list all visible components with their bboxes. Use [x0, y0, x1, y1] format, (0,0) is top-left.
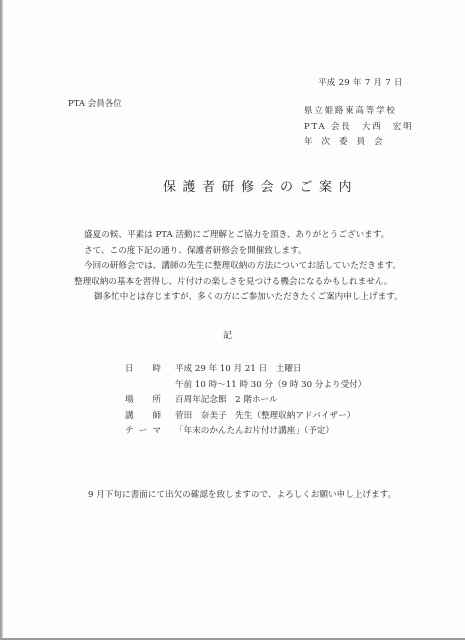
detail-value: 百周年記念館 2 階ホール: [175, 393, 278, 409]
body-paragraph: 御多忙中とは存じますが、多くの方にご参加いただきたくご案内申し上げます。: [74, 290, 403, 306]
detail-row-time: 午前 10 時～11 時 30 分（9 時 30 分より受付）: [125, 378, 366, 394]
label-char: テ: [125, 424, 134, 440]
details-list: 日 時 平成 29 年 10 月 21 日 土曜日 午前 10 時～11 時 3…: [125, 362, 366, 440]
sender-committee: 年次委員会: [304, 135, 413, 151]
detail-row-theme: テ ー マ 「年末のかんたんお片付け講座」（予定）: [125, 424, 366, 440]
body-text: 盛夏の候、平素は PTA 活動にご理解とご協力を頂き、ありがとうございます。 さ…: [74, 228, 403, 306]
body-paragraph: 今回の研修会では、講師の先生に整理収納の方法についてお話していただきます。: [74, 259, 403, 275]
detail-label: 場 所: [125, 393, 161, 409]
detail-value: 菅田 奈美子 先生（整理収納アドバイザー）: [175, 409, 355, 425]
sender-pta-president: PTA 会長 大西 宏明: [304, 120, 413, 136]
detail-value: 平成 29 年 10 月 21 日 土曜日: [175, 362, 302, 378]
addressee: PTA 会員各位: [68, 97, 122, 109]
detail-value: 午前 10 時～11 時 30 分（9 時 30 分より受付）: [175, 378, 366, 394]
detail-label: 講 師: [125, 409, 161, 425]
document-page: 平成 29 年 7 月 7 日 PTA 会員各位 県立姫路東高等学校 PTA 会…: [0, 0, 465, 640]
body-paragraph: 整理収納の基本を習得し、片付けの楽しさを見つける機会になるかもしれません。: [74, 275, 403, 291]
body-paragraph: さて、この度下記の通り、保護者研修会を開催致します。: [74, 244, 403, 260]
scan-left-edge: [0, 0, 3, 640]
sender-school: 県立姫路東高等学校: [304, 104, 413, 120]
detail-label-empty: [125, 378, 175, 394]
label-char: 所: [152, 393, 161, 409]
label-char: ー: [139, 424, 148, 440]
document-title: 保護者研修会のご案内: [163, 176, 358, 195]
sender-block: 県立姫路東高等学校 PTA 会長 大西 宏明 年次委員会: [304, 104, 413, 151]
label-char: 講: [125, 409, 134, 425]
ki-heading: 記: [223, 328, 232, 341]
label-char: 時: [152, 362, 161, 378]
body-paragraph: 盛夏の候、平素は PTA 活動にご理解とご協力を頂き、ありがとうございます。: [74, 228, 403, 244]
label-char: 場: [125, 393, 134, 409]
detail-label: テ ー マ: [125, 424, 161, 440]
detail-row-datetime: 日 時 平成 29 年 10 月 21 日 土曜日: [125, 362, 366, 378]
label-char: 日: [125, 362, 134, 378]
label-char: 師: [152, 409, 161, 425]
document-date: 平成 29 年 7 月 7 日: [318, 76, 403, 88]
detail-value: 「年末のかんたんお片付け講座」（予定）: [175, 424, 334, 440]
detail-label: 日 時: [125, 362, 161, 378]
detail-row-lecturer: 講 師 菅田 奈美子 先生（整理収納アドバイザー）: [125, 409, 366, 425]
detail-row-place: 場 所 百周年記念館 2 階ホール: [125, 393, 366, 409]
closing-text: 9 月下旬に書面にて出欠の確認を致しますので、よろしくお願い申し上げます。: [88, 488, 396, 500]
label-char: マ: [152, 424, 161, 440]
